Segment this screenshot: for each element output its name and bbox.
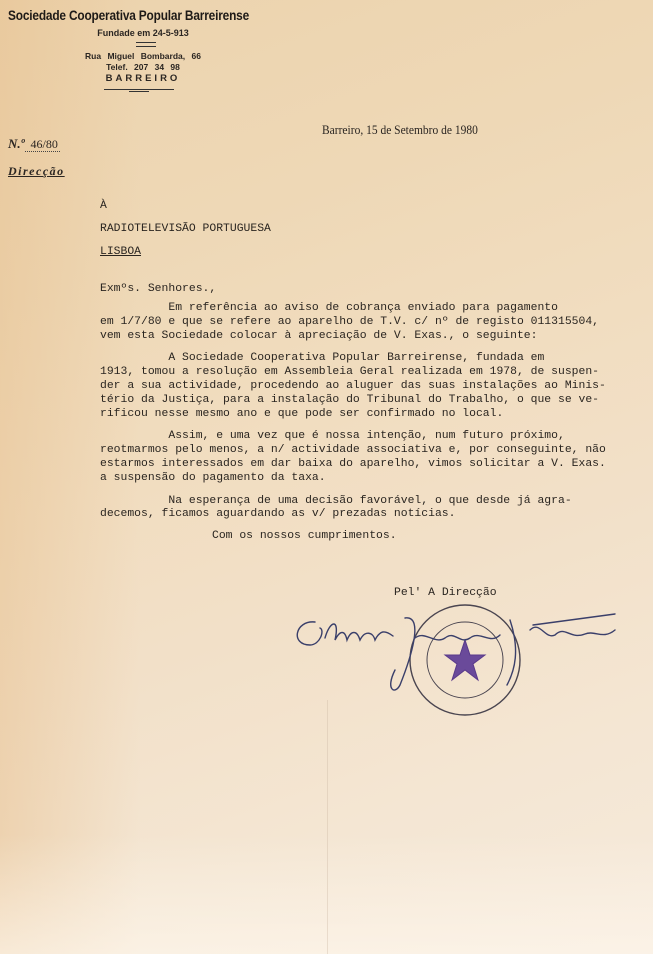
organization-name: Sociedade Cooperativa Popular Barreirens… — [8, 8, 219, 23]
reference-number: N.º46/80 — [8, 136, 60, 152]
letter-body: Em referência ao aviso de cobrança envia… — [100, 302, 620, 531]
letterhead-rule — [136, 42, 156, 47]
paragraph: A Sociedade Cooperativa Popular Barreire… — [100, 352, 620, 421]
department: Direcção — [8, 164, 65, 179]
date-line: Barreiro, 15 de Setembro de 1980 — [322, 123, 478, 138]
handwritten-signature — [297, 614, 615, 690]
stamp-icon — [410, 605, 520, 715]
addressee-name: RADIOTELEVISÃO PORTUGUESA — [100, 218, 271, 241]
reference-label: N.º — [8, 136, 25, 151]
paragraph: Na esperança de uma decisão favorável, o… — [100, 495, 620, 523]
phone: Telef. 207 34 98 — [38, 62, 248, 73]
letterhead-rule-bottom — [104, 89, 174, 93]
paragraph: Assim, e uma vez que é nossa intenção, n… — [100, 430, 620, 485]
addressee-prefix: À — [100, 195, 271, 218]
signature-and-stamp — [285, 600, 625, 730]
paper-fold — [327, 700, 328, 954]
founded-date: Fundade em 24-5-913 — [38, 28, 248, 38]
signature-label: Pel' A Direcção — [394, 587, 497, 599]
address: Rua Miguel Bombarda, 66 — [38, 51, 248, 62]
paragraph: Em referência ao aviso de cobrança envia… — [100, 302, 620, 343]
signature-area — [285, 600, 625, 735]
reference-value: 46/80 — [25, 137, 60, 152]
letterhead: Sociedade Cooperativa Popular Barreirens… — [8, 8, 248, 93]
addressee: À RADIOTELEVISÃO PORTUGUESA LISBOA — [100, 195, 271, 264]
addressee-city: LISBOA — [100, 241, 271, 264]
letterhead-city: BARREIRO — [38, 73, 248, 84]
salutation: Exmºs. Senhores., — [100, 283, 216, 295]
closing: Com os nossos cumprimentos. — [212, 530, 397, 542]
